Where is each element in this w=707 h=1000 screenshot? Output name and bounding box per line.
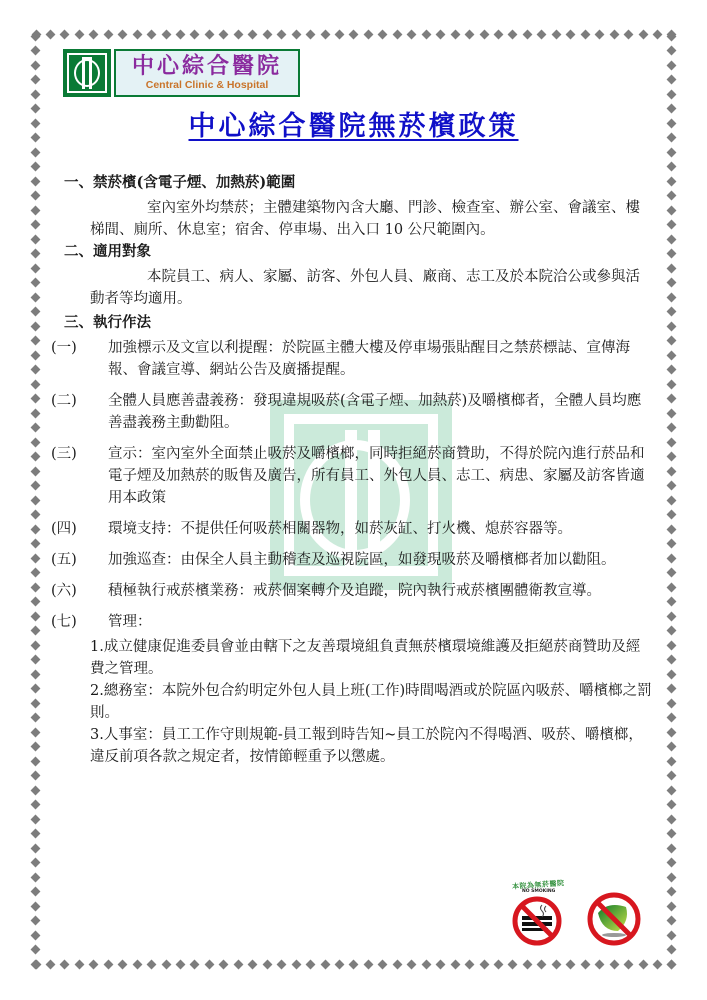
decorative-border-right	[666, 31, 676, 969]
border-diamond	[522, 959, 532, 969]
border-diamond	[580, 959, 590, 969]
border-diamond	[494, 29, 504, 39]
border-diamond	[132, 29, 142, 39]
border-diamond	[190, 959, 200, 969]
management-item: 2.總務室：本院外包合約明定外包人員上班(工作)時間喝酒或於院區內吸菸、嚼檳榔之…	[64, 680, 654, 724]
border-diamond	[30, 553, 40, 563]
border-diamond	[666, 858, 676, 868]
border-diamond	[89, 29, 99, 39]
border-diamond	[666, 394, 676, 404]
border-diamond	[30, 582, 40, 592]
border-diamond	[666, 713, 676, 723]
border-diamond	[666, 350, 676, 360]
border-diamond	[30, 814, 40, 824]
policy-content: 一、禁菸檳(含電子煙、加熱菸)範圍 室內室外均禁菸；主體建築物內含大廳、門診、檢…	[64, 172, 654, 768]
border-diamond	[638, 29, 648, 39]
border-diamond	[666, 568, 676, 578]
border-diamond	[277, 959, 287, 969]
border-diamond	[595, 959, 605, 969]
border-diamond	[666, 611, 676, 621]
border-diamond	[666, 872, 676, 882]
border-diamond	[666, 495, 676, 505]
policy-item: (一)加強標示及文宣以利提醒：於院區主體大樓及停車場張貼醒目之禁菸標誌、宣傳海報…	[64, 337, 654, 381]
border-diamond	[666, 669, 676, 679]
border-diamond	[320, 29, 330, 39]
border-diamond	[392, 959, 402, 969]
border-diamond	[30, 191, 40, 201]
hospital-name-en: Central Clinic & Hospital	[146, 79, 269, 92]
border-diamond	[407, 29, 417, 39]
border-diamond	[161, 29, 171, 39]
border-diamond	[666, 626, 676, 636]
section-body: 室內室外均禁菸；主體建築物內含大廳、門診、檢查室、辦公室、會議室、樓梯間、廁所、…	[64, 197, 654, 241]
border-diamond	[320, 959, 330, 969]
border-diamond	[89, 959, 99, 969]
border-diamond	[666, 756, 676, 766]
border-diamond	[46, 959, 56, 969]
border-diamond	[653, 959, 663, 969]
border-diamond	[30, 452, 40, 462]
border-diamond	[30, 437, 40, 447]
border-diamond	[666, 959, 676, 969]
policy-item: (五)加強巡查：由保全人員主動稽查及巡視院區，如發現吸菸及嚼檳榔者加以勸阻。	[64, 549, 654, 571]
policy-item: (四)環境支持：不提供任何吸菸相關器物，如菸灰缸、打火機、熄菸容器等。	[64, 518, 654, 540]
document-title: 中心綜合醫院無菸檳政策	[0, 104, 707, 143]
border-diamond	[666, 553, 676, 563]
border-diamond	[30, 524, 40, 534]
border-diamond	[30, 771, 40, 781]
border-diamond	[666, 655, 676, 665]
border-diamond	[204, 29, 214, 39]
border-diamond	[666, 263, 676, 273]
border-diamond	[609, 959, 619, 969]
border-diamond	[291, 29, 301, 39]
border-diamond	[551, 29, 561, 39]
border-diamond	[30, 495, 40, 505]
border-diamond	[46, 29, 56, 39]
border-diamond	[666, 843, 676, 853]
border-diamond	[30, 611, 40, 621]
border-diamond	[30, 292, 40, 302]
border-diamond	[248, 29, 258, 39]
border-diamond	[30, 684, 40, 694]
border-diamond	[30, 727, 40, 737]
border-diamond	[450, 29, 460, 39]
border-diamond	[666, 901, 676, 911]
border-diamond	[479, 29, 489, 39]
border-diamond	[176, 29, 186, 39]
border-diamond	[465, 29, 475, 39]
border-diamond	[508, 959, 518, 969]
policy-item: (三)宣示：室內室外全面禁止吸菸及嚼檳榔，同時拒絕菸商贊助，不得於院內進行菸品和…	[64, 443, 654, 509]
border-diamond	[666, 408, 676, 418]
border-diamond	[638, 959, 648, 969]
border-diamond	[30, 785, 40, 795]
border-diamond	[666, 365, 676, 375]
border-diamond	[30, 800, 40, 810]
border-diamond	[494, 959, 504, 969]
border-diamond	[277, 29, 287, 39]
border-diamond	[349, 29, 359, 39]
border-diamond	[306, 29, 316, 39]
border-diamond	[30, 568, 40, 578]
border-diamond	[666, 698, 676, 708]
border-diamond	[30, 901, 40, 911]
section-heading: 三、執行作法	[64, 312, 654, 334]
border-diamond	[30, 249, 40, 259]
border-diamond	[132, 959, 142, 969]
border-diamond	[30, 466, 40, 476]
border-diamond	[30, 669, 40, 679]
border-diamond	[30, 60, 40, 70]
border-diamond	[580, 29, 590, 39]
border-diamond	[551, 959, 561, 969]
border-diamond	[666, 162, 676, 172]
border-diamond	[666, 945, 676, 955]
border-diamond	[74, 959, 84, 969]
no-smoking-label: NO SMOKING	[522, 889, 555, 894]
border-diamond	[30, 423, 40, 433]
border-diamond	[161, 959, 171, 969]
border-diamond	[30, 959, 40, 969]
section-body: 本院員工、病人、家屬、訪客、外包人員、廠商、志工及於本院洽公或參與活動者等均適用…	[64, 266, 654, 310]
border-diamond	[609, 29, 619, 39]
border-diamond	[262, 29, 272, 39]
prohibition-icons: 本院為無菸醫院 NO SMOKING	[506, 880, 646, 950]
border-diamond	[624, 29, 634, 39]
border-diamond	[30, 176, 40, 186]
border-diamond	[219, 959, 229, 969]
border-diamond	[666, 814, 676, 824]
management-item: 1.成立健康促進委員會並由轄下之友善環境組負責無菸檳環境維護及拒絕菸商贊助及經費…	[64, 636, 654, 680]
border-diamond	[666, 278, 676, 288]
border-diamond	[30, 321, 40, 331]
border-diamond	[666, 147, 676, 157]
border-diamond	[666, 452, 676, 462]
border-diamond	[407, 959, 417, 969]
border-diamond	[666, 234, 676, 244]
border-diamond	[30, 843, 40, 853]
border-diamond	[666, 379, 676, 389]
hospital-logo: 中心綜合醫院 Central Clinic & Hospital	[63, 49, 300, 97]
border-diamond	[30, 887, 40, 897]
border-diamond	[30, 930, 40, 940]
border-diamond	[74, 29, 84, 39]
border-diamond	[666, 597, 676, 607]
section-heading: 一、禁菸檳(含電子煙、加熱菸)範圍	[64, 172, 654, 194]
border-diamond	[30, 205, 40, 215]
border-diamond	[30, 75, 40, 85]
border-diamond	[30, 945, 40, 955]
border-diamond	[30, 713, 40, 723]
border-diamond	[30, 626, 40, 636]
border-diamond	[30, 756, 40, 766]
border-diamond	[291, 959, 301, 969]
border-diamond	[666, 75, 676, 85]
border-diamond	[335, 959, 345, 969]
border-diamond	[30, 31, 40, 41]
border-diamond	[537, 959, 547, 969]
border-diamond	[508, 29, 518, 39]
border-diamond	[30, 539, 40, 549]
border-diamond	[666, 640, 676, 650]
border-diamond	[666, 771, 676, 781]
border-diamond	[378, 29, 388, 39]
border-diamond	[666, 423, 676, 433]
border-diamond	[30, 872, 40, 882]
hospital-logo-icon	[63, 49, 111, 97]
border-diamond	[666, 89, 676, 99]
border-diamond	[566, 959, 576, 969]
management-item: 3.人事室：員工工作守則規範-員工報到時告知~員工於院內不得喝酒、吸菸、嚼檳榔，…	[64, 724, 654, 768]
border-diamond	[666, 510, 676, 520]
border-diamond	[450, 959, 460, 969]
border-diamond	[30, 510, 40, 520]
hospital-name-plate: 中心綜合醫院 Central Clinic & Hospital	[114, 49, 300, 97]
border-diamond	[666, 321, 676, 331]
border-diamond	[666, 176, 676, 186]
border-diamond	[30, 481, 40, 491]
border-diamond	[666, 336, 676, 346]
border-diamond	[666, 524, 676, 534]
border-diamond	[30, 379, 40, 389]
border-diamond	[666, 916, 676, 926]
border-diamond	[666, 930, 676, 940]
border-diamond	[666, 437, 676, 447]
border-diamond	[666, 46, 676, 56]
border-diamond	[30, 858, 40, 868]
border-diamond	[30, 597, 40, 607]
border-diamond	[262, 959, 272, 969]
border-diamond	[60, 29, 70, 39]
border-diamond	[176, 959, 186, 969]
border-diamond	[666, 481, 676, 491]
border-diamond	[666, 785, 676, 795]
border-diamond	[233, 959, 243, 969]
border-diamond	[219, 29, 229, 39]
border-diamond	[30, 263, 40, 273]
border-diamond	[465, 959, 475, 969]
border-diamond	[666, 220, 676, 230]
section-heading: 二、適用對象	[64, 241, 654, 263]
border-diamond	[566, 29, 576, 39]
border-diamond	[118, 29, 128, 39]
border-diamond	[60, 959, 70, 969]
border-diamond	[436, 959, 446, 969]
border-diamond	[30, 46, 40, 56]
border-diamond	[666, 684, 676, 694]
decorative-border-left	[30, 31, 40, 969]
border-diamond	[363, 959, 373, 969]
border-diamond	[335, 29, 345, 39]
decorative-border-bottom	[31, 959, 677, 969]
border-diamond	[666, 582, 676, 592]
policy-item: (七)管理：	[64, 611, 654, 633]
border-diamond	[392, 29, 402, 39]
border-diamond	[30, 698, 40, 708]
border-diamond	[666, 249, 676, 259]
border-diamond	[30, 655, 40, 665]
border-diamond	[30, 147, 40, 157]
border-diamond	[666, 727, 676, 737]
border-diamond	[30, 162, 40, 172]
border-diamond	[666, 191, 676, 201]
border-diamond	[30, 916, 40, 926]
border-diamond	[103, 29, 113, 39]
border-diamond	[30, 640, 40, 650]
border-diamond	[30, 365, 40, 375]
border-diamond	[522, 29, 532, 39]
border-diamond	[666, 539, 676, 549]
border-diamond	[349, 959, 359, 969]
policy-item: (二)全體人員應善盡義務：發現違規吸菸(含電子煙、加熱菸)及嚼檳榔者，全體人員均…	[64, 390, 654, 434]
border-diamond	[436, 29, 446, 39]
no-smoking-icon	[512, 896, 562, 946]
border-diamond	[666, 829, 676, 839]
border-diamond	[666, 292, 676, 302]
border-diamond	[190, 29, 200, 39]
border-diamond	[666, 60, 676, 70]
border-diamond	[30, 742, 40, 752]
border-diamond	[666, 205, 676, 215]
border-diamond	[30, 829, 40, 839]
border-diamond	[147, 29, 157, 39]
border-diamond	[595, 29, 605, 39]
border-diamond	[363, 29, 373, 39]
border-diamond	[30, 220, 40, 230]
border-diamond	[30, 408, 40, 418]
policy-item: (六)積極執行戒菸檳業務：戒菸個案轉介及追蹤，院內執行戒菸檳團體衛教宣導。	[64, 580, 654, 602]
border-diamond	[118, 959, 128, 969]
border-diamond	[30, 234, 40, 244]
hospital-name-cn: 中心綜合醫院	[132, 55, 282, 79]
border-diamond	[233, 29, 243, 39]
border-diamond	[30, 394, 40, 404]
border-diamond	[30, 336, 40, 346]
border-diamond	[666, 887, 676, 897]
border-diamond	[479, 959, 489, 969]
border-diamond	[653, 29, 663, 39]
border-diamond	[30, 350, 40, 360]
decorative-border-top	[31, 29, 677, 39]
border-diamond	[30, 307, 40, 317]
border-diamond	[666, 800, 676, 810]
no-betel-nut-icon	[586, 891, 642, 947]
border-diamond	[666, 31, 676, 41]
border-diamond	[103, 959, 113, 969]
border-diamond	[666, 307, 676, 317]
border-diamond	[537, 29, 547, 39]
border-diamond	[30, 278, 40, 288]
border-diamond	[248, 959, 258, 969]
border-diamond	[378, 959, 388, 969]
border-diamond	[30, 89, 40, 99]
border-diamond	[666, 466, 676, 476]
border-diamond	[204, 959, 214, 969]
border-diamond	[666, 742, 676, 752]
border-diamond	[147, 959, 157, 969]
border-diamond	[421, 29, 431, 39]
border-diamond	[306, 959, 316, 969]
border-diamond	[421, 959, 431, 969]
border-diamond	[624, 959, 634, 969]
